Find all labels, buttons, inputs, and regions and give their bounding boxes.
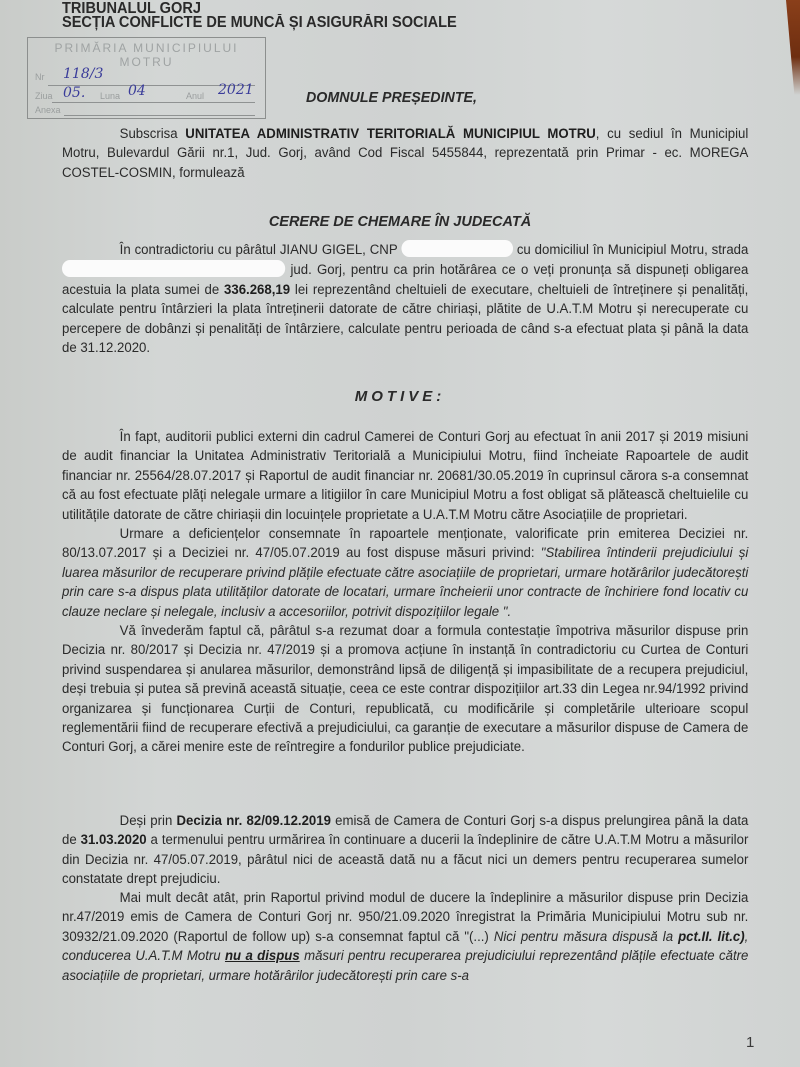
paragraph-decisions: Urmare a deficiențelor consemnate în rap… xyxy=(62,525,748,622)
stamp-title: PRIMĂRIA MUNICIPIULUI xyxy=(28,41,265,55)
paragraph-follow-up: Mai mult decât atât, prin Raportul privi… xyxy=(62,889,748,986)
registration-stamp: PRIMĂRIA MUNICIPIULUI MOTRU Nr 118/3 Ziu… xyxy=(27,37,266,119)
document-title: CERERE DE CHEMARE ÎN JUDECATĂ xyxy=(0,214,800,230)
paragraph-defendant: Vă învederăm faptul că, pârâtul s-a rezu… xyxy=(62,622,748,758)
paragraph-extension: Deși prin Decizia nr. 82/09.12.2019 emis… xyxy=(62,812,748,890)
stamp-anul-value: 2021 xyxy=(218,82,254,98)
paragraph-facts: În fapt, auditorii publici externi din c… xyxy=(62,428,748,525)
stamp-luna-value: 04 xyxy=(128,83,146,99)
claim-paragraph: În contradictoriu cu pârâtul JIANU GIGEL… xyxy=(62,240,748,358)
stamp-ziua-value: 05. xyxy=(63,85,85,101)
court-section: SECȚIA CONFLICTE DE MUNCĂ ȘI ASIGURĂRI S… xyxy=(62,14,457,32)
motive-heading: MOTIVE: xyxy=(0,388,800,405)
document-page: TRIBUNALUL GORJ SECȚIA CONFLICTE DE MUNC… xyxy=(0,0,800,1067)
addressee: DOMNULE PREȘEDINTE, xyxy=(306,89,477,106)
redacted-cnp xyxy=(401,240,513,257)
redacted-address xyxy=(62,260,285,277)
intro-paragraph: Subscrisa UNITATEA ADMINISTRATIV TERITOR… xyxy=(62,125,748,183)
page-number: 1 xyxy=(746,1034,754,1051)
stamp-anexa-label: Anexa xyxy=(35,105,253,115)
table-edge xyxy=(786,0,800,95)
stamp-nr-value: 118/3 xyxy=(63,66,103,82)
